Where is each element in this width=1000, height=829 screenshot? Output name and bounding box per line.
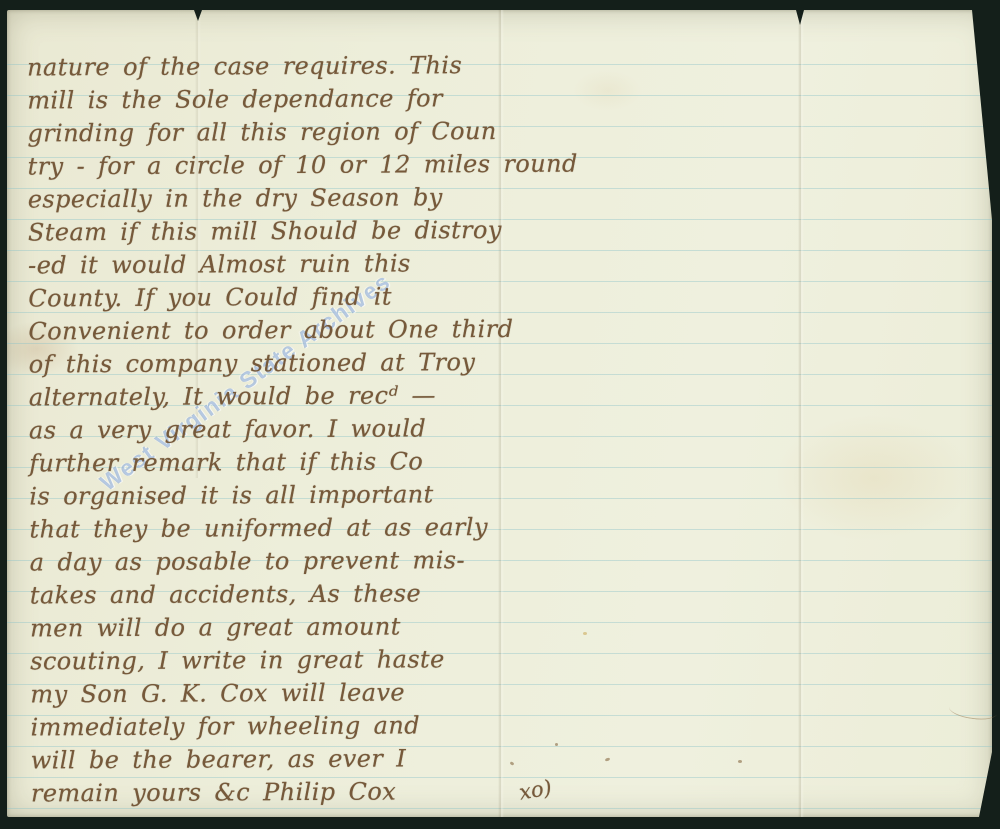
letter-line: immediately for wheeling and (30, 709, 580, 745)
scan-background: West Virginia State Archives nature of t… (0, 0, 1000, 829)
letter-line: men will do a great amount (30, 610, 580, 646)
letter-line: Steam if this mill Should be distroy (28, 214, 578, 250)
letter-line: is organised it is all important (29, 478, 579, 514)
letter-line: mill is the Sole dependance for (27, 82, 577, 118)
letter-line: takes and accidents, As these (30, 577, 580, 613)
letter-line: especially in the dry Season by (28, 181, 578, 217)
ink-speck (583, 632, 587, 635)
letter-line: remain yours &c Philip Cox (31, 775, 581, 811)
letter-line: grinding for all this region of Coun (27, 115, 577, 151)
letter-line: that they be uniformed at as early (29, 511, 579, 547)
letter-line: of this company stationed at Troy (29, 346, 579, 382)
ink-speck (605, 757, 611, 762)
letter-text: nature of the case requires. This mill i… (27, 49, 581, 811)
paper-notch (796, 10, 804, 25)
ink-speck (555, 743, 558, 746)
letter-line: nature of the case requires. This (27, 49, 577, 85)
letter-line: scouting, I write in great haste (30, 643, 580, 679)
paper-corner-shadow (979, 752, 992, 817)
letter-line: as a very great favor. I would (29, 412, 579, 448)
paper-corner-shadow (972, 10, 992, 220)
letter-line: will be the bearer, as ever I (31, 742, 581, 778)
letter-line: -ed it would Almost ruin this (28, 247, 578, 283)
paper-notch (194, 10, 202, 21)
letter-line: my Son G. K. Cox will leave (30, 676, 580, 712)
letter-page: West Virginia State Archives nature of t… (7, 10, 992, 817)
pencil-mark (948, 699, 998, 723)
letter-line: Convenient to order about One third (28, 313, 578, 349)
letter-line: alternately, It would be recᵈ — (29, 379, 579, 415)
letter-line: a day as posable to prevent mis- (30, 544, 580, 580)
ink-speck (738, 760, 742, 763)
fold-crease-right (798, 10, 804, 817)
letter-line: further remark that if this Co (29, 445, 579, 481)
letter-line: try - for a circle of 10 or 12 miles rou… (28, 148, 578, 184)
letter-line: County. If you Could find it (28, 280, 578, 316)
